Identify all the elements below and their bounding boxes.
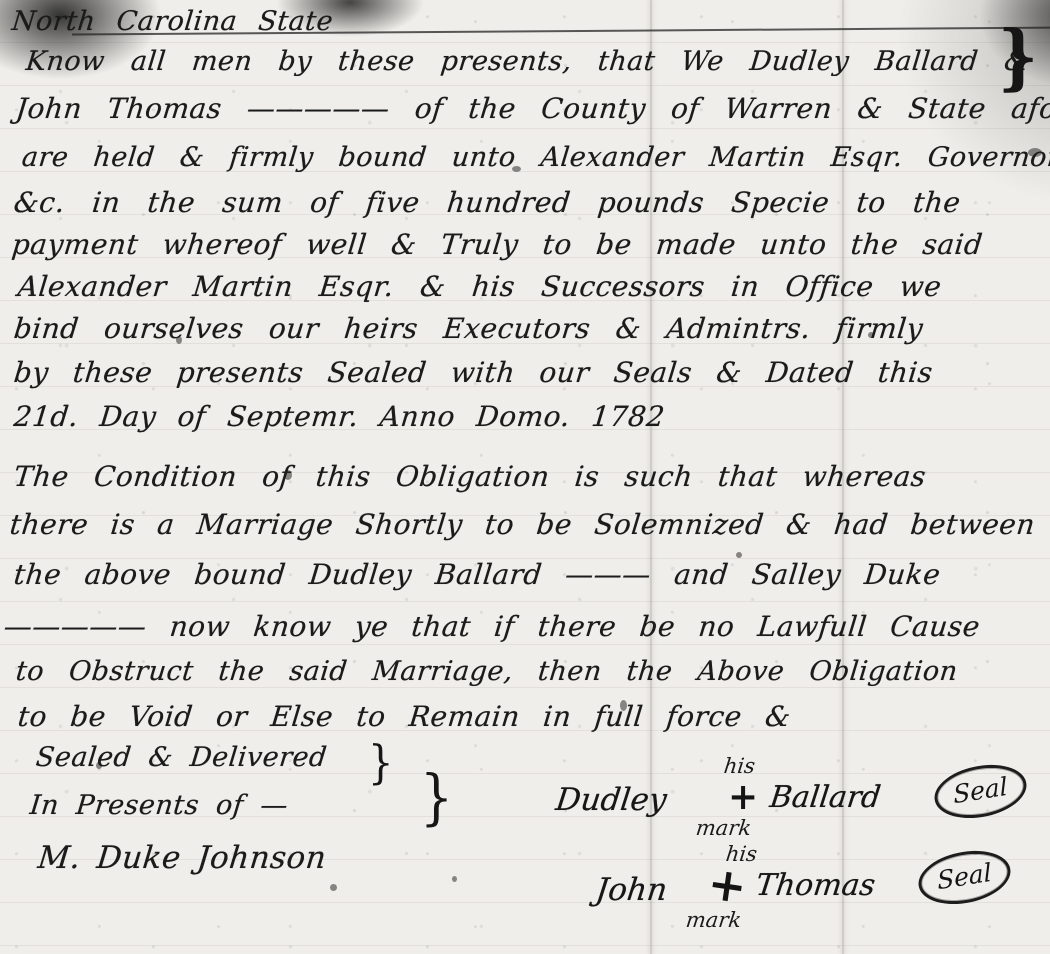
line-successors-in-office: Alexander Martin Esqr. & his Successors …	[16, 270, 943, 303]
line-bind-ourselves: bind ourselves our heirs Executors & Adm…	[12, 312, 925, 345]
signature-mark-cross: +	[704, 856, 750, 915]
wax-seal-flourish: Seal	[917, 845, 1012, 911]
flourish-brace-top-right: }	[998, 15, 1038, 99]
line-john-thomas-county: John Thomas ————— of the County of Warre…	[14, 92, 1050, 125]
signer-first-name: John	[594, 872, 669, 908]
ink-speck	[452, 876, 457, 882]
signer-first-name: Dudley	[554, 782, 669, 818]
line-void-or-remain: to be Void or Else to Remain in full for…	[16, 700, 792, 733]
manuscript-scan: North Carolina State Know all men by the…	[0, 0, 1050, 954]
line-payment-whereof: payment whereof well & Truly to be made …	[10, 228, 984, 261]
line-date-1782: 21d. Day of Septemr. Anno Domo. 1782	[12, 400, 666, 433]
line-sum-five-hundred: &c. in the sum of five hundred pounds Sp…	[12, 186, 962, 219]
flourish-brace-presents: }	[420, 764, 453, 833]
line-now-know-ye: ————— now know ye that if there be no La…	[2, 610, 981, 643]
line-know-all-men: Know all men by these presents, that We …	[24, 46, 1030, 77]
line-obstruct-marriage: to Obstruct the said Marriage, then the …	[14, 656, 959, 687]
line-marriage-solemnized: there is a Marriage Shortly to be Solemn…	[8, 508, 1036, 541]
line-heading-state: North Carolina State	[10, 6, 334, 37]
mark-label-his: his	[723, 754, 757, 778]
signature-row-john-thomas: John his + Thomas mark Seal	[556, 850, 1036, 954]
ink-speck	[330, 884, 337, 891]
flourish-brace-delivered: }	[368, 737, 393, 790]
witness-in-presents-of: In Presents of —	[28, 790, 289, 821]
mark-label-mark: mark	[695, 816, 753, 840]
line-ballard-salley-duke: the above bound Dudley Ballard ——— and S…	[12, 558, 942, 591]
line-condition-obligation: The Condition of this Obligation is such…	[12, 460, 927, 493]
signer-last-name: Ballard	[768, 780, 883, 815]
witness-sealed-delivered: Sealed & Delivered	[34, 742, 328, 773]
signature-mark-cross: +	[728, 776, 758, 818]
wax-seal-flourish: Seal	[933, 759, 1028, 825]
signer-last-name: Thomas	[754, 868, 877, 903]
witness-signature: M. Duke Johnson	[36, 840, 328, 876]
line-sealed-dated: by these presents Sealed with our Seals …	[12, 356, 934, 389]
line-held-firmly-bound: are held & firmly bound unto Alexander M…	[20, 142, 1050, 173]
mark-label-mark: mark	[685, 908, 743, 932]
